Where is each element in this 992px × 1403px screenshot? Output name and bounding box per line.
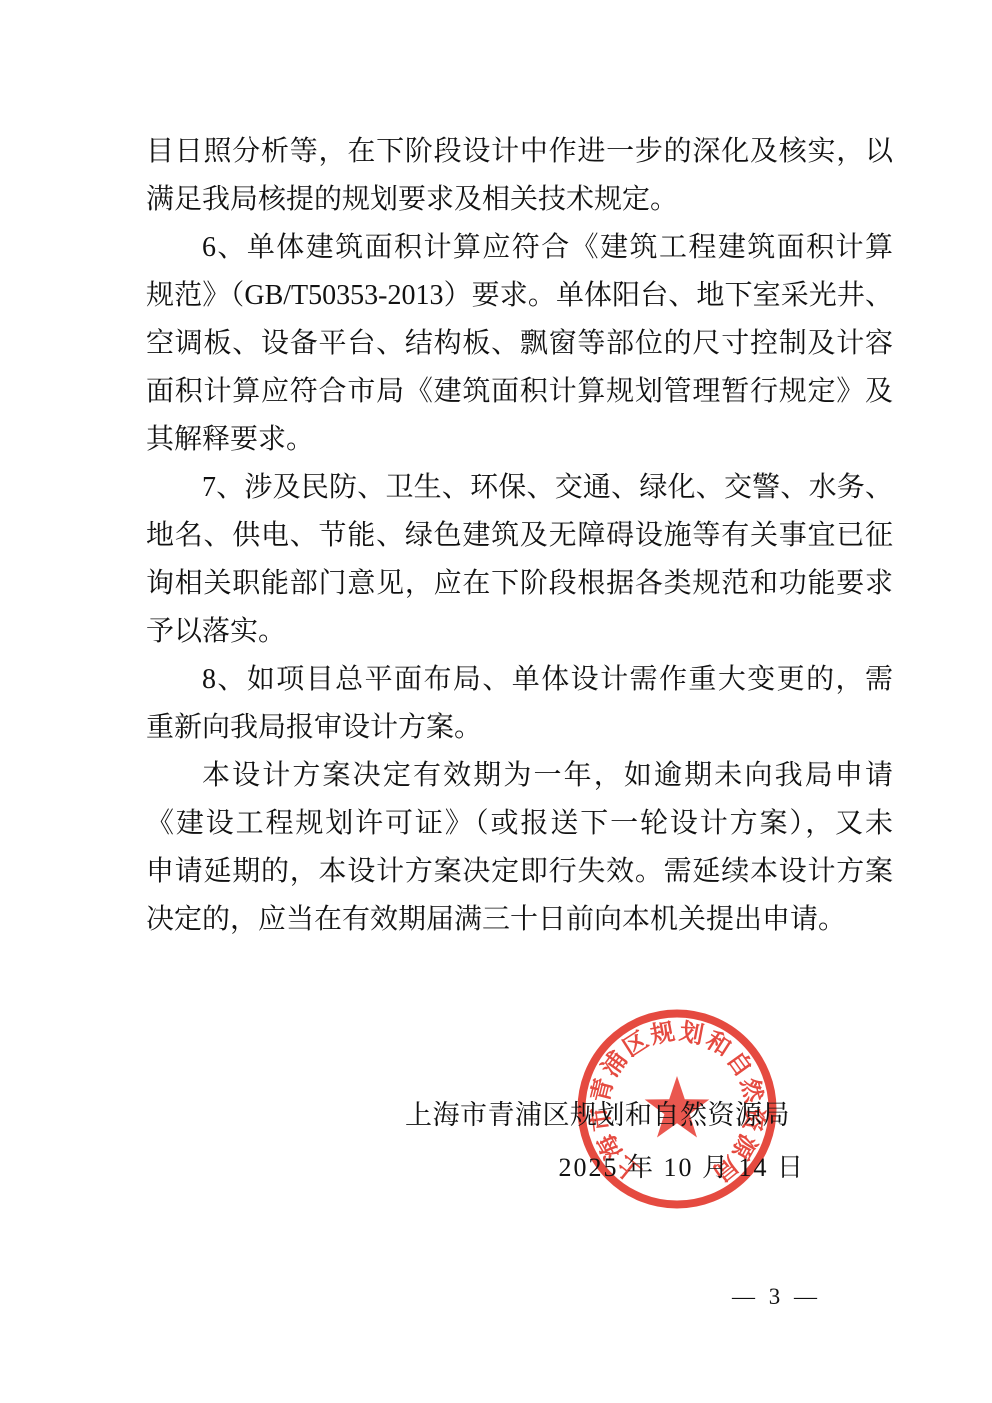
text-line: 《建设工程规划许可证》（或报送下一轮设计方案），又未 (146, 800, 893, 848)
signature-date: 2025 年 10 月 14 日 (558, 1152, 805, 1184)
text-line: 6、单体建筑面积计算应符合《建筑工程建筑面积计算 (146, 224, 893, 272)
text-line: 其解释要求。 (146, 416, 893, 464)
signature-agency: 上海市青浦区规划和自然资源局 (405, 1099, 790, 1131)
page-number: — 3 — (732, 1283, 817, 1311)
seal-text-char: 划 (677, 1018, 706, 1049)
text-line: 空调板、设备平台、结构板、飘窗等部位的尺寸控制及计容 (146, 320, 893, 368)
seal-text-char: 规 (648, 1018, 677, 1049)
text-line: 目日照分析等，在下阶段设计中作进一步的深化及核实，以 (146, 128, 893, 176)
text-line: 7、涉及民防、卫生、环保、交通、绿化、交警、水务、 (146, 464, 893, 512)
text-line: 予以落实。 (146, 608, 893, 656)
document-page: 目日照分析等，在下阶段设计中作进一步的深化及核实，以满足我局核提的规划要求及相关… (0, 0, 992, 1403)
text-line: 规范》（GB/T50353-2013）要求。单体阳台、地下室采光井、 (146, 272, 893, 320)
text-line: 本设计方案决定有效期为一年，如逾期未向我局申请 (146, 752, 893, 800)
text-line: 面积计算应符合市局《建筑面积计算规划管理暂行规定》及 (146, 368, 893, 416)
text-line: 地名、供电、节能、绿色建筑及无障碍设施等有关事宜已征 (146, 512, 893, 560)
text-line: 询相关职能部门意见，应在下阶段根据各类规范和功能要求 (146, 560, 893, 608)
text-line: 满足我局核提的规划要求及相关技术规定。 (146, 176, 893, 224)
text-line: 申请延期的，本设计方案决定即行失效。需延续本设计方案 (146, 848, 893, 896)
text-line: 决定的，应当在有效期届满三十日前向本机关提出申请。 (146, 896, 893, 944)
text-line: 8、如项目总平面布局、单体设计需作重大变更的，需 (146, 656, 893, 704)
document-body: 目日照分析等，在下阶段设计中作进一步的深化及核实，以满足我局核提的规划要求及相关… (146, 128, 893, 944)
text-line: 重新向我局报审设计方案。 (146, 704, 893, 752)
